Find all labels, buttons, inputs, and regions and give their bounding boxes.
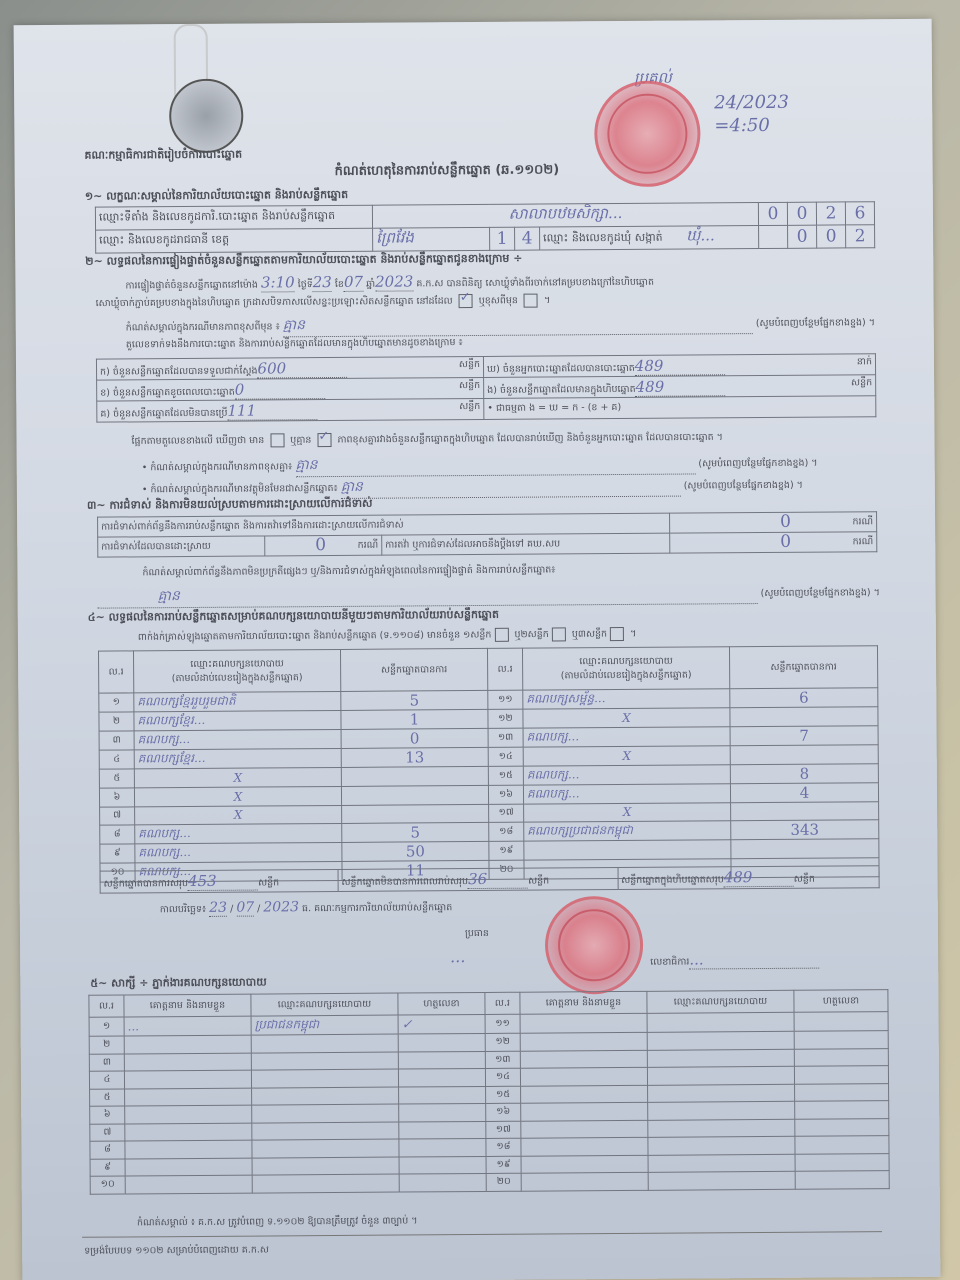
section2-note-value: គ្មាន	[283, 312, 753, 337]
party-name: គណបក្សខ្មែរ...	[134, 748, 341, 768]
station-id-table: ឈ្មោះទីតាំង និងលេខកូដការិ.បោះឆ្នោត និងរា…	[95, 201, 875, 253]
party-name: គណបក្សខ្មែរ...	[134, 710, 341, 730]
witness-party	[252, 1174, 399, 1193]
table-intro: តួលេខទាក់ទងនឹងការបោះឆ្នោត និងការរាប់សន្ល…	[126, 336, 463, 352]
station-code-digit: 2	[816, 202, 845, 225]
nec-logo-icon	[169, 79, 244, 154]
form-sheet: គណៈកម្មាធិការជាតិរៀបចំការបោះឆ្នោត ប្រគល់…	[14, 19, 941, 1280]
party-votes	[341, 766, 488, 786]
section3-note-value: គ្មាន	[98, 582, 758, 609]
witness-table: ល.រ គោត្តនាម និងនាមខ្លួន ឈ្មោះគណបក្សនយោប…	[88, 989, 889, 1194]
ballot-count-value: 111	[227, 401, 317, 421]
commune-code-digit: 2	[846, 225, 875, 248]
objection-table: ការជំទាស់ពាក់ព័ន្ធនឹងការរាប់សន្លឹកឆ្នោត …	[97, 511, 877, 557]
signing-date-line: កាលបរិច្ឆេទ៖ 23 / 07 / 2023 ធ. គណៈកម្មកា…	[160, 898, 453, 917]
witness-party: ប្រជាជនកម្ពុជា	[251, 1015, 398, 1035]
col-party: ឈ្មោះគណបក្សនយោបាយ	[647, 990, 794, 1013]
party-results-table: ល.រ ឈ្មោះគណបក្សនយោបាយ(តាមលំដាប់លេខរៀងក្ន…	[98, 645, 880, 882]
party-name: X	[134, 786, 341, 806]
province-code-digit: 1	[490, 227, 515, 250]
party-votes: 13	[341, 747, 488, 767]
witness-signature	[398, 1033, 485, 1051]
commune-value: ឃុំ...	[686, 226, 715, 244]
party-votes	[730, 745, 878, 765]
province-label: ឈ្មោះ និងលេខកូដរាជធានី ខេត្ត	[96, 228, 373, 253]
chair-signature: ...	[450, 947, 465, 966]
ballot-count-value: 489	[636, 377, 726, 397]
witness-party	[252, 1087, 399, 1106]
party-name: គណបក្សសម្ព័ន្ធ...	[523, 689, 730, 709]
witness-party	[252, 1122, 399, 1141]
polling-station-label: ឈ្មោះទីតាំង និងលេខកូដការិ.បោះឆ្នោត និងរា…	[95, 205, 372, 230]
objection-resolved-value: 0	[315, 535, 326, 555]
col-sign: ហត្ថលេខា	[398, 992, 485, 1015]
two-sheet-checkbox[interactable]	[552, 627, 566, 641]
party-votes: 50	[342, 841, 489, 861]
col-name: គោត្តនាម និងនាមខ្លួន	[124, 994, 251, 1017]
ballot-count-value: 600	[257, 358, 347, 378]
commune-label: ឈ្មោះ និងលេខកូដឃុំ សង្កាត់	[543, 231, 663, 245]
objection-row1-value: 0	[780, 512, 791, 532]
party-votes: 4	[730, 783, 878, 803]
received-time: =4:50	[714, 115, 770, 136]
party-votes	[731, 802, 879, 821]
chair-label: ប្រធាន	[465, 927, 489, 941]
received-date: 24/2023	[714, 92, 789, 114]
ballot-count-value: 489	[635, 356, 725, 376]
witness-party	[252, 1139, 399, 1158]
party-name: គណបក្ស...	[134, 729, 341, 749]
three-sheet-checkbox[interactable]	[610, 627, 624, 641]
secretary-signature: ...	[689, 950, 819, 970]
party-name: X	[135, 805, 342, 824]
witness-party	[252, 1104, 399, 1123]
party-votes	[731, 838, 879, 858]
col-no: ល.រ	[98, 651, 133, 693]
col-name: គោត្តនាម និងនាមខ្លួន	[520, 991, 647, 1014]
bullet2-line: • កំណត់សម្គាល់ក្នុងករណីមានវត្ថុមិនមែនជាស…	[142, 474, 803, 501]
verification-day: 23	[313, 273, 332, 292]
official-stamp-top	[594, 80, 701, 187]
party-votes: 343	[731, 819, 879, 839]
bullet2-value: គ្មាន	[341, 475, 681, 499]
agency-name: គណៈកម្មាធិការជាតិរៀបចំការបោះឆ្នោត	[84, 148, 242, 165]
section2-heading: ២~ លទ្ធផលនៃការផ្ទៀងផ្ទាត់ចំនួនសន្លឹកឆ្នោ…	[85, 252, 522, 271]
col-sign: ហត្ថលេខា	[794, 990, 888, 1013]
footer-divider	[82, 1231, 882, 1238]
form-title: កំណត់ហេតុនៃការរាប់សន្លឹកឆ្នោត (ឆ.១១០២)	[335, 161, 560, 182]
party-votes: 5	[342, 822, 489, 842]
commune-code-digit: 0	[817, 225, 846, 248]
ballot-count-value: 0	[235, 380, 325, 400]
verification-month: 07	[344, 273, 363, 292]
witness-party	[252, 1157, 399, 1176]
party-name: គណបក្ស...	[523, 784, 730, 804]
same-checkbox[interactable]	[459, 294, 473, 308]
col-no: ល.រ	[89, 995, 124, 1017]
section3-heading: ៣~ ការជំទាស់ និងការមិនយល់ស្របតាមការដោះស្…	[87, 497, 373, 515]
party-votes: 1	[341, 709, 488, 729]
party-name: X	[134, 767, 341, 787]
witness-name	[125, 1123, 252, 1141]
witness-signature	[399, 1173, 486, 1191]
col-no: ល.រ	[485, 992, 520, 1014]
verification-time: 3:10	[261, 273, 295, 292]
witness-signature	[399, 1156, 486, 1174]
witness-name	[125, 1175, 252, 1193]
witness-party	[251, 1034, 398, 1053]
witness-signature	[398, 1068, 485, 1086]
col-votes: សន្លឹកឆ្នោតបានការ	[340, 648, 487, 691]
commune-code-digit: 0	[788, 225, 817, 248]
one-sheet-checkbox[interactable]	[494, 628, 508, 642]
col-party: ឈ្មោះគណបក្សនយោបាយ(តាមលំដាប់លេខរៀងក្នុងសន…	[522, 647, 729, 690]
totals-table: សន្លឹកឆ្នោតបានការសរុប453សន្លឹក សន្លឹកឆ្ន…	[100, 865, 880, 893]
witness-name	[125, 1105, 252, 1123]
station-code-digit: 0	[758, 202, 787, 225]
discrepancy-yes-checkbox[interactable]	[270, 433, 284, 447]
appeal-label: ការតវ៉ា ឬការជំទាស់ដែលអាចនឹងប្តឹងទៅ គឃ.សប	[382, 533, 670, 555]
section5-heading: ៥~ សាក្សី ÷ ភ្នាក់ងារគណបក្សនយោបាយ	[90, 975, 267, 992]
party-votes: 8	[730, 764, 878, 784]
witness-name	[124, 1070, 251, 1088]
section4-subline: ពាក់ងក់គ្រាស់ឡុងឆ្នោតតាមការិយាល័យបោះឆ្នោ…	[138, 627, 637, 645]
total-ballots-in-box: 489	[724, 868, 794, 887]
witness-name	[125, 1088, 252, 1106]
witness-name	[125, 1140, 252, 1158]
form-footer: ទម្រង់បែបបទ ១១០២ សម្រាប់បំពេញដោយ គ.ក.ស	[84, 1243, 269, 1258]
party-votes	[342, 804, 489, 823]
witness-signature	[399, 1138, 486, 1156]
station-code-digit: 0	[787, 202, 816, 225]
party-name: គណបក្សខ្មែររួបរួមជាតិ	[134, 691, 341, 711]
appeal-value: 0	[780, 532, 791, 552]
province-code-digit: 4	[515, 227, 540, 250]
col-votes: សន្លឹកឆ្នោតបានការ	[729, 646, 877, 689]
party-name: គណបក្សប្រជាជនកម្ពុជា	[524, 820, 731, 840]
objection-resolved-label: ការជំទាស់ដែលបានដោះស្រាយ	[98, 536, 265, 557]
witness-signature	[399, 1086, 486, 1104]
party-name: X	[524, 803, 731, 822]
party-votes: 0	[341, 728, 488, 748]
witness-signature: ✓	[398, 1014, 485, 1034]
sign-day: 23	[209, 900, 227, 917]
section4-heading: ៤~ លទ្ធផលនៃការរាប់សន្លឹកឆ្នោតសម្រាប់គណបក…	[88, 608, 499, 627]
total-invalid-votes: 36	[468, 870, 528, 889]
sign-month: 07	[236, 900, 254, 917]
witness-signature	[399, 1121, 486, 1139]
party-votes: 5	[341, 690, 488, 710]
witness-signature	[398, 1051, 485, 1069]
ballot-count-table: ក) ចំនួនសន្លឹកឆ្នោតដែលបានទទួលជាក់ស្តែង60…	[96, 353, 876, 422]
party-votes	[730, 707, 878, 727]
witness-name	[125, 1158, 252, 1176]
section3-note-label: កំណត់សម្គាល់ពាក់ព័ន្ធនឹងភាពមិនប្រក្រតីផ្…	[142, 563, 555, 580]
section2-note: កំណត់សម្គាល់ក្នុងករណីមានភាពខុសពីមុន ៖ គ្…	[126, 311, 866, 338]
witness-name: ...	[124, 1016, 251, 1036]
footnote: កំណត់សម្គាល់ ៖ គ.ក.ស ត្រូវបំពេញ ទ.១១០២ ឱ…	[137, 1214, 418, 1230]
col-no: ល.រ	[487, 648, 522, 690]
sign-year: 2023	[263, 899, 299, 915]
party-votes: 6	[730, 688, 878, 708]
section3-note-line: គ្មាន (សូមបំពេញបន្ថែមផ្នែកខាងខ្នង) ។	[98, 581, 880, 608]
polling-station-value: សាលាបឋមសិក្សា...	[372, 203, 758, 229]
party-name: X	[523, 746, 730, 766]
party-name	[524, 839, 731, 859]
party-name: X	[523, 708, 730, 728]
party-name: គណបក្ស...	[135, 842, 342, 862]
different-checkbox[interactable]	[524, 294, 538, 308]
seal-status-line: សោឃ្លុំចាក់ភ្ជាប់គម្របខាងក្នុងនៃហិបឆ្នោត…	[96, 293, 551, 311]
party-name: គណបក្ស...	[523, 765, 730, 785]
party-votes	[341, 785, 488, 805]
ballot-count-row: គ) ចំនួនសន្លឹកឆ្នោតដែលមិនបានប្រើ111សន្លឹ…	[97, 396, 876, 422]
verification-year: 2023	[375, 272, 413, 291]
witness-party	[251, 1069, 398, 1088]
col-party: ឈ្មោះគណបក្សនយោបាយ	[251, 993, 398, 1016]
official-stamp-bottom	[545, 896, 644, 995]
discrepancy-line: ផ្អែកតាមតួលេខខាងលើ ឃើញថា មាន ឬគ្មាន ភាពខ…	[131, 430, 723, 449]
party-name: គណបក្ស...	[135, 823, 342, 843]
witness-signature	[399, 1103, 486, 1121]
witness-name	[124, 1053, 251, 1071]
witness-name	[124, 1035, 251, 1053]
secretary-line: លេខាធិការ...	[650, 950, 819, 970]
col-party: ឈ្មោះគណបក្សនយោបាយ(តាមលំដាប់លេខរៀងក្នុងសន…	[133, 649, 340, 692]
station-code-digit: 6	[845, 202, 874, 225]
party-votes: 7	[730, 726, 878, 746]
discrepancy-none-checkbox[interactable]	[317, 433, 331, 447]
witness-party	[251, 1052, 398, 1071]
bullet1-value: គ្មាន	[295, 452, 695, 477]
province-value: ព្រៃវែង	[373, 227, 490, 251]
party-name: គណបក្ស...	[523, 727, 730, 747]
section1-heading: ១~ លក្ខណៈសម្គាល់នៃការិយាល័យបោះឆ្នោត និងរ…	[85, 188, 348, 206]
total-valid-votes: 453	[188, 872, 258, 891]
verification-time-line: ការផ្ទៀងផ្ទាត់ចំនួនសន្លឹកឆ្នោតនៅម៉ោង 3:1…	[125, 271, 654, 294]
